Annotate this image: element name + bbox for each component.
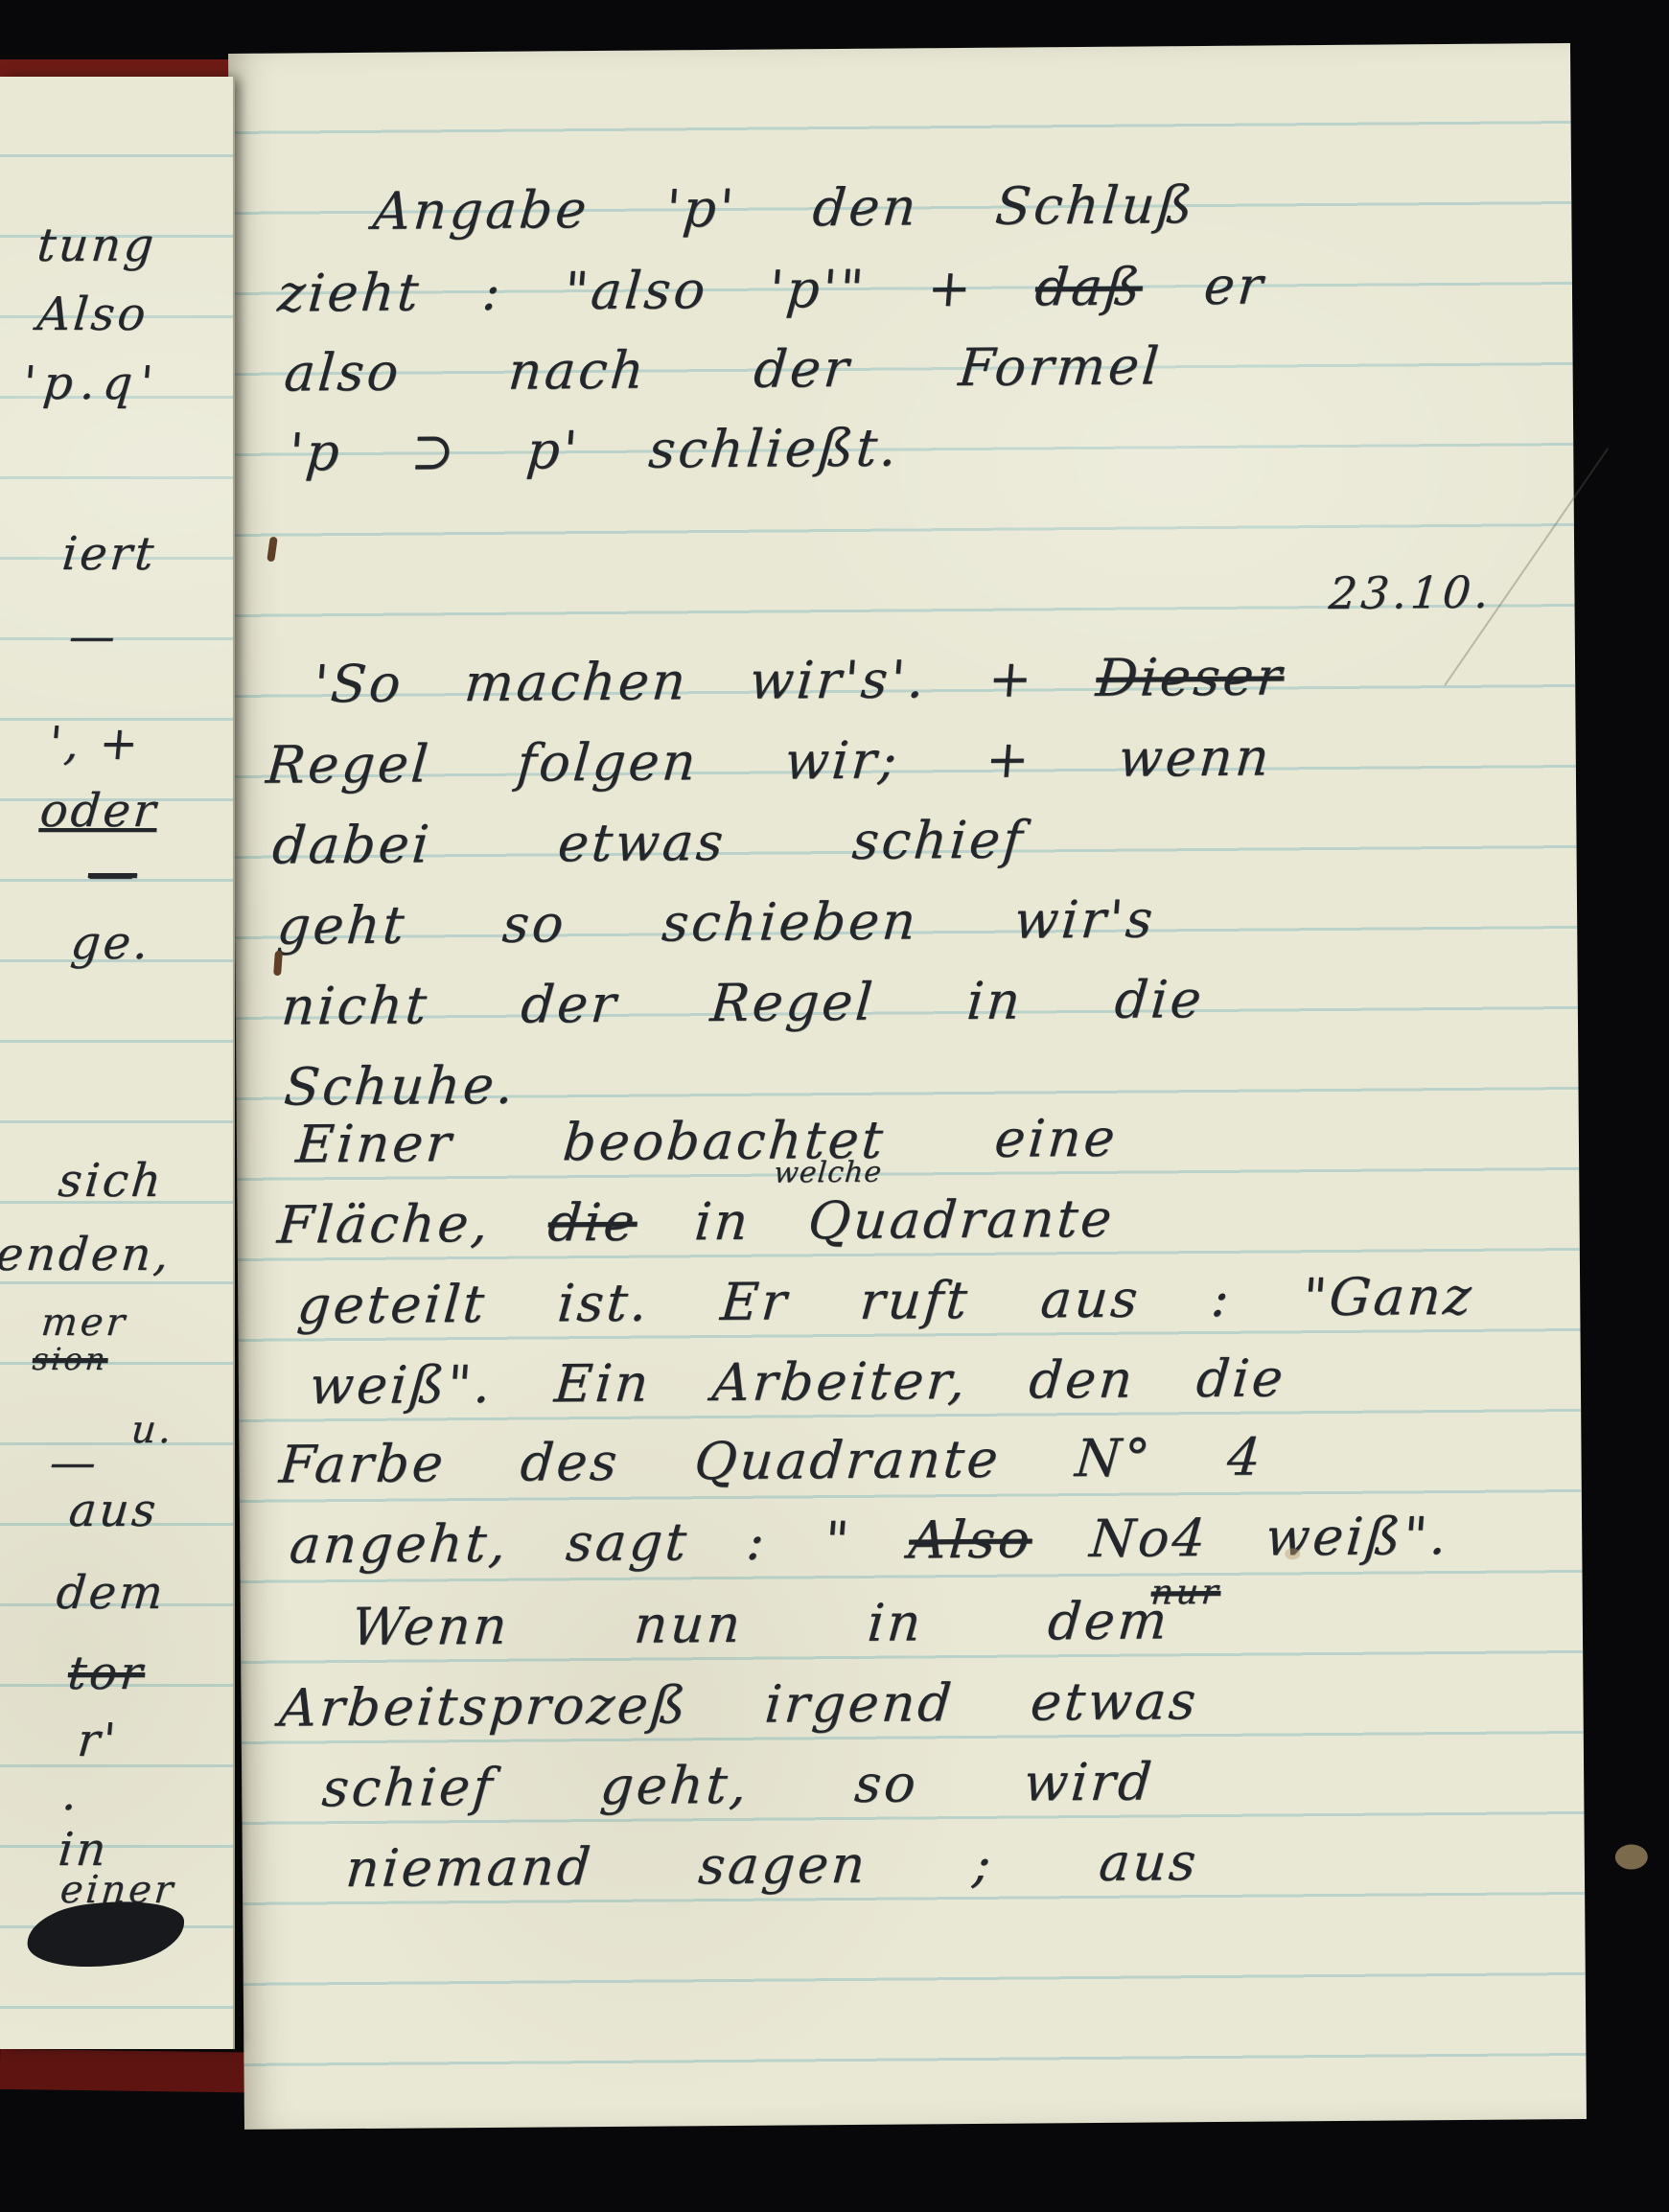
ink-blot (24, 1895, 188, 1974)
manuscript-segment: No4 weiß". (1087, 1506, 1451, 1569)
manuscript-line: Schuhe. (282, 1060, 518, 1114)
left-page-fragment: u. (129, 1411, 175, 1449)
left-page-fragment: — (67, 613, 120, 659)
manuscript-line: angeht, sagt : " Also No4 weiß". (288, 1510, 1451, 1572)
manuscript-segment: angeht, sagt : " (288, 1510, 854, 1576)
left-page-fragment: Also (35, 291, 151, 337)
left-page-fragment: mer (40, 1303, 129, 1342)
left-page-fragment: . (60, 1771, 81, 1817)
manuscript-line: geteilt ist. Er ruft aus : "Ganz (295, 1271, 1475, 1332)
manuscript-segment: Fläche, (275, 1193, 493, 1256)
left-page: tung Also 'p.q' iert — ', + oder — ge. s… (0, 77, 235, 2049)
manuscript-line: Regel folgen wir; + wenn (265, 731, 1274, 791)
left-page-fragment: ', + (47, 721, 143, 767)
manuscript-line: Fläche, die in Quadrante (275, 1193, 1116, 1252)
left-page-fragment: 'p.q' (21, 360, 162, 406)
manuscript-segment: in Quadrante (692, 1188, 1116, 1252)
manuscript-line: zieht : "also 'p'" + daß er (276, 260, 1267, 319)
manuscript-line: dabei etwas schief (270, 814, 1027, 871)
left-page-fragment: — (48, 1440, 101, 1486)
manuscript-line: weiß". Ein Arbeiter, den die (308, 1352, 1287, 1412)
struck-word: daß (1033, 256, 1146, 317)
manuscript-line: geht so schieben wir's (275, 893, 1157, 952)
paper-stain (1285, 1548, 1300, 1559)
left-page-fragment: sich (57, 1158, 166, 1204)
manuscript-line: nicht der Regel in die (280, 974, 1206, 1033)
struck-word: Also (907, 1509, 1035, 1570)
struck-word: die (545, 1192, 639, 1254)
manuscript-line: Einer beobachtet eine (294, 1113, 1120, 1171)
left-page-fragment: aus (67, 1487, 160, 1533)
paper-stain (1615, 1844, 1648, 1869)
manuscript-segment: zieht : "also 'p'" + (276, 258, 977, 324)
manuscript-segment: er (1202, 255, 1268, 316)
manuscript-line: also nach der Formel (282, 340, 1163, 399)
notebook-photo: tung Also 'p.q' iert — ', + oder — ge. s… (0, 0, 1669, 2212)
struck-word: Dieser (1094, 646, 1287, 708)
manuscript-line: Arbeitsprozeß irgend etwas (277, 1675, 1200, 1735)
left-page-fragment-struck: tor (66, 1650, 147, 1696)
left-page-fragment: in (57, 1827, 110, 1873)
right-page: Angabe 'p' den Schluß zieht : "also 'p'"… (228, 43, 1587, 2130)
left-page-fragment: oder (38, 788, 160, 834)
left-page-fragment: enden, (0, 1232, 174, 1278)
date-annotation: 23.10. (1328, 570, 1495, 615)
inserted-word: welche (773, 1159, 883, 1188)
left-page-fragment: iert (60, 531, 158, 577)
manuscript-segment: 'So machen wir's'. + (312, 648, 1037, 714)
left-page-fragment-struck: — (86, 851, 139, 897)
manuscript-line: 'p ⊃ p' schließt. (287, 422, 901, 478)
left-page-fragment: tung (35, 222, 158, 268)
manuscript-line: niemand sagen ; aus (344, 1836, 1201, 1895)
left-page-fragment: ge. (69, 920, 153, 966)
manuscript-line: 'So machen wir's'. + Dieser (312, 651, 1287, 710)
manuscript-line: schief geht, so wird (320, 1756, 1156, 1814)
manuscript-line: Angabe 'p' den Schluß (371, 179, 1197, 238)
left-page-fragment: dem (55, 1570, 168, 1616)
manuscript-line: Farbe des Quadrante N° 4 (277, 1432, 1264, 1491)
left-page-fragment-struck: sion (32, 1344, 109, 1374)
manuscript-line: Wenn nun in dem (350, 1595, 1172, 1653)
left-page-fragment: r' (76, 1717, 120, 1763)
